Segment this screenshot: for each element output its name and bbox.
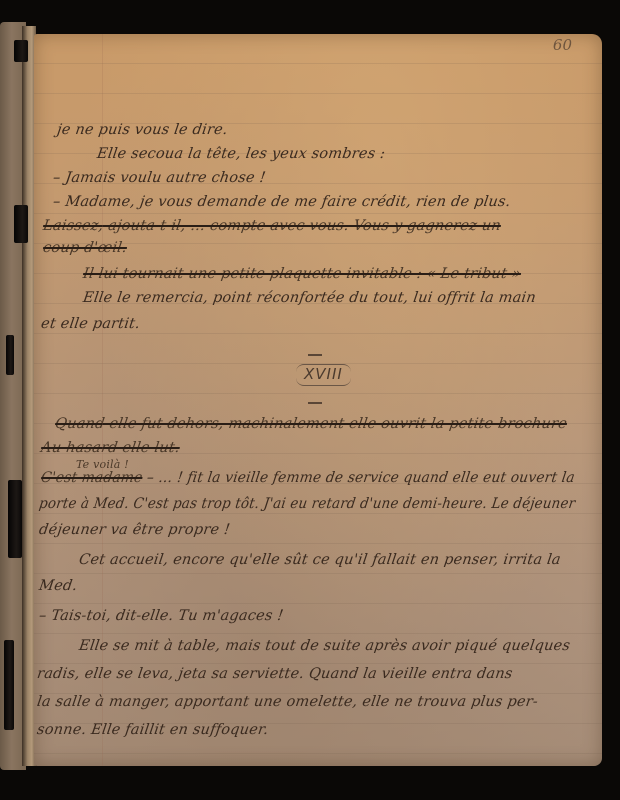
struck-text-line: Au hasard elle lut. (40, 440, 181, 456)
chapter-dash-top (308, 354, 322, 356)
text-line: porte à Med. C'est pas trop tôt. J'ai eu… (38, 496, 576, 512)
text-line: sonne. Elle faillit en suffoquer. (36, 722, 269, 738)
text-line: radis, elle se leva, jeta sa serviette. … (36, 666, 514, 682)
text-line: – Madame, je vous demande de me faire cr… (52, 194, 512, 210)
text-line: C'est madame – … ! fit la vieille femme … (40, 470, 576, 486)
text-line: Elle secoua la tête, les yeux sombres : (56, 146, 386, 162)
binding-clip (14, 205, 28, 243)
binding-clip (8, 480, 22, 558)
text-line: – Tais-toi, dit-elle. Tu m'agaces ! (38, 608, 284, 624)
binding-clip (14, 40, 28, 62)
text-line: Med. (38, 578, 78, 594)
binding-clip (4, 640, 14, 730)
struck-text-line: coup d'œil. (42, 240, 128, 256)
text-line: je ne puis vous le dire. (56, 122, 229, 138)
struck-text-line: Laissez, ajouta-t-il, … compte avec vous… (42, 218, 502, 234)
chapter-numeral: XVIII (296, 364, 351, 386)
binding-clip (6, 335, 14, 375)
text-line: Elle se mit à table, mais tout de suite … (38, 638, 571, 654)
chapter-dash-bottom (308, 402, 322, 404)
struck-text-line: Quand elle fut dehors, machinalement ell… (54, 416, 568, 432)
text-line: et elle partit. (40, 316, 141, 332)
photograph: 60 je ne puis vous le dire. Elle secoua … (0, 0, 620, 800)
text-line: Elle le remercia, point réconfortée du t… (42, 290, 537, 306)
struck-word: C'est madame (40, 470, 144, 486)
line-rest: – … ! fit la vieille femme de service qu… (146, 470, 576, 486)
text-line: déjeuner va être propre ! (38, 522, 231, 538)
text-line: – Jamais voulu autre chose ! (52, 170, 267, 186)
struck-text-line: Il lui tournait une petite plaquette inv… (42, 266, 522, 282)
manuscript-text: je ne puis vous le dire. Elle secoua la … (34, 34, 602, 766)
manuscript-page: 60 je ne puis vous le dire. Elle secoua … (34, 34, 602, 766)
text-line: la salle à manger, apportant une omelett… (36, 694, 539, 710)
text-line: Cet accueil, encore qu'elle sût ce qu'il… (38, 552, 562, 568)
